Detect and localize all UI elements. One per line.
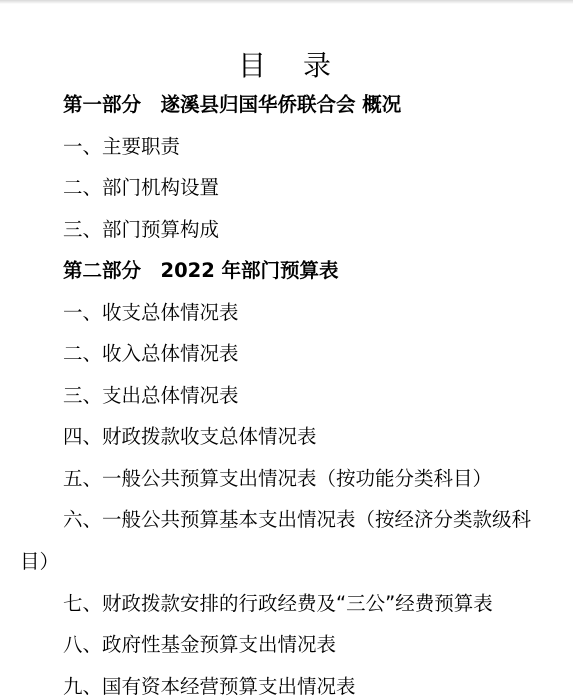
- toc-item-org-setup: 二、部门机构设置: [63, 176, 219, 200]
- page-top-shadow: [0, 0, 573, 4]
- toc-item-table-1: 一、收支总体情况表: [63, 301, 239, 325]
- toc-item-table-2: 二、收入总体情况表: [63, 342, 239, 366]
- toc-item-table-3: 三、支出总体情况表: [63, 384, 239, 408]
- toc-item-table-6-continued: 目）: [20, 550, 59, 574]
- toc-part-1-heading: 第一部分 遂溪县归国华侨联合会 概况: [63, 93, 401, 117]
- toc-item-table-9: 九、国有资本经营预算支出情况表: [63, 675, 356, 699]
- toc-part-2-heading: 第二部分 2022 年部门预算表: [63, 259, 339, 283]
- toc-item-table-8: 八、政府性基金预算支出情况表: [63, 633, 336, 657]
- toc-title: 目 录: [0, 44, 573, 84]
- toc-item-budget-composition: 三、部门预算构成: [63, 218, 219, 242]
- toc-item-table-4: 四、财政拨款收支总体情况表: [63, 425, 317, 449]
- toc-item-main-duties: 一、主要职责: [63, 135, 180, 159]
- toc-item-table-6: 六、一般公共预算基本支出情况表（按经济分类款级科: [63, 508, 531, 532]
- toc-item-table-5: 五、一般公共预算支出情况表（按功能分类科目）: [63, 467, 492, 491]
- toc-item-table-7: 七、财政拨款安排的行政经费及“三公”经费预算表: [63, 592, 493, 616]
